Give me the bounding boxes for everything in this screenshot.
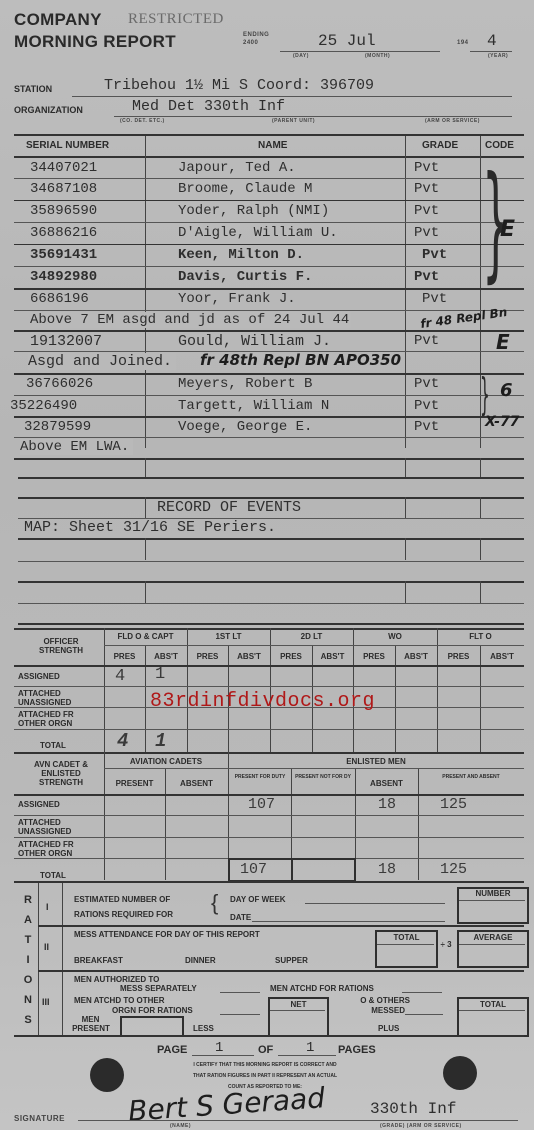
others-label: O & OTHERS bbox=[340, 996, 410, 1005]
rations-number-label: NUMBER bbox=[459, 889, 527, 898]
men-present-box[interactable] bbox=[120, 1016, 184, 1037]
form-title-company: COMPANY bbox=[14, 10, 102, 30]
subhead-pres: PRES bbox=[104, 652, 145, 661]
table-row: 6686196 Yoor, Frank J. Pvt bbox=[18, 289, 528, 311]
rations-section-2: II bbox=[44, 942, 49, 952]
year-caption: (YEAR) bbox=[488, 53, 508, 59]
subhead-present-not-for-duty: PRESENT NOT FOR DY bbox=[293, 774, 353, 781]
col-name: NAME bbox=[258, 140, 287, 151]
rations-letter: S bbox=[20, 1010, 36, 1030]
day-caption: (DAY) bbox=[293, 53, 309, 59]
serial-number: 35896590 bbox=[30, 203, 97, 219]
rations-letter: N bbox=[20, 990, 36, 1010]
orgn-for-rations-label: ORGN FOR RATIONS bbox=[112, 1006, 193, 1015]
officer-assigned-fld-pres: 4 bbox=[115, 667, 125, 686]
men-atchd-rations-label: MEN ATCHD FOR RATIONS bbox=[270, 984, 374, 993]
restricted-stamp: RESTRICTED bbox=[128, 11, 224, 28]
officer-group-2d-lt: 2D LT bbox=[270, 632, 353, 641]
soldier-name: D'Aigle, William U. bbox=[178, 225, 338, 241]
organization-value: Med Det 330th Inf bbox=[132, 98, 285, 115]
mess-separately-label: MESS SEPARATELY bbox=[120, 984, 197, 993]
remark-assigned-joined: Above 7 EM asgd and jd as of 24 Jul 44 bbox=[30, 312, 351, 328]
grade: Pvt bbox=[422, 247, 447, 263]
soldier-name: Davis, Curtis F. bbox=[178, 269, 312, 285]
rations-required-label: RATIONS REQUIRED FOR bbox=[74, 910, 173, 919]
code-lwa-top: 6 bbox=[500, 380, 513, 401]
grade: Pvt bbox=[414, 376, 439, 392]
officer-total-fld-pres: 4 bbox=[117, 730, 128, 752]
ending-label: ENDING 2400 bbox=[243, 31, 273, 47]
grade: Pvt bbox=[414, 419, 439, 435]
row-label-assigned: ASSIGNED bbox=[18, 800, 60, 809]
form-title-morning-report: MORNING REPORT bbox=[14, 32, 176, 52]
grade: Pvt bbox=[414, 225, 439, 241]
subhead-abst: ABS'T bbox=[312, 652, 353, 661]
officer-strength-title: OFFICER STRENGTH bbox=[22, 637, 100, 655]
organization-label: ORGANIZATION bbox=[14, 105, 83, 115]
net-label: NET bbox=[270, 1000, 327, 1009]
remark-asgd-joined: Asgd and Joined. bbox=[28, 353, 176, 370]
men-authorized-label: MEN AUTHORIZED TO bbox=[74, 975, 159, 984]
serial-number: 34407021 bbox=[30, 160, 97, 176]
page-number: 1 bbox=[215, 1040, 223, 1056]
record-of-events-title: RECORD OF EVENTS bbox=[157, 499, 301, 516]
divide-by-three: ÷ 3 bbox=[438, 938, 454, 952]
of-label: OF bbox=[258, 1044, 273, 1056]
caption-name: (NAME) bbox=[170, 1123, 191, 1129]
group-enlisted-men: ENLISTED MEN bbox=[228, 757, 524, 766]
row-label-total: TOTAL bbox=[40, 741, 66, 750]
page-label: PAGE bbox=[157, 1044, 187, 1056]
serial-number: 34687108 bbox=[30, 181, 97, 197]
serial-number: 36886216 bbox=[30, 225, 97, 241]
report-date: 25 Jul bbox=[318, 32, 376, 50]
caption-grade: (GRADE) (ARM OR SERVICE) bbox=[380, 1123, 462, 1129]
binder-hole-right-icon bbox=[443, 1056, 477, 1090]
em-total-present-and-absent: 125 bbox=[440, 861, 467, 878]
station-value: Tribehou 1½ Mi S Coord: 396709 bbox=[104, 77, 374, 94]
table-row: 36766026 Meyers, Robert B Pvt bbox=[18, 374, 528, 396]
men-atchd-other-label: MEN ATCHD TO OTHER bbox=[74, 996, 165, 1005]
subhead-cadet-present: PRESENT bbox=[104, 779, 165, 788]
rations-section-1: I bbox=[46, 902, 49, 912]
men-label: MEN bbox=[68, 1016, 113, 1024]
rations-date-label: DATE bbox=[230, 913, 251, 922]
table-row: 36886216 D'Aigle, William U. Pvt bbox=[18, 223, 528, 245]
mess-attendance-title: MESS ATTENDANCE FOR DAY OF THIS REPORT bbox=[74, 930, 260, 939]
officer-group-fld: FLD O & CAPT bbox=[104, 632, 187, 641]
row-label-assigned: ASSIGNED bbox=[18, 672, 60, 681]
subhead-em-absent: ABSENT bbox=[355, 779, 418, 788]
officer-group-1st-lt: 1ST LT bbox=[187, 632, 270, 641]
caption-arm: (ARM OR SERVICE) bbox=[425, 118, 480, 124]
rations-letter: I bbox=[20, 950, 36, 970]
page-total: 1 bbox=[306, 1040, 314, 1056]
rations-letter: O bbox=[20, 970, 36, 990]
grade: Pvt bbox=[414, 269, 439, 285]
soldier-name: Yoor, Frank J. bbox=[178, 291, 296, 307]
group-aviation-cadets: AVIATION CADETS bbox=[104, 757, 228, 766]
rations-side-label: R A T I O N S bbox=[20, 890, 36, 1030]
caption-parent: (PARENT UNIT) bbox=[272, 118, 315, 124]
present-label: PRESENT bbox=[66, 1024, 116, 1033]
row-label-attached-unassigned: ATTACHED UNASSIGNED bbox=[18, 689, 98, 707]
morning-report-page: COMPANY RESTRICTED MORNING REPORT ENDING… bbox=[0, 0, 534, 1130]
signature-label: SIGNATURE bbox=[14, 1114, 65, 1123]
em-assigned-present-for-duty: 107 bbox=[248, 796, 275, 813]
signature-unit: 330th Inf bbox=[370, 1100, 456, 1118]
subhead-cadet-absent: ABSENT bbox=[165, 779, 228, 788]
table-row: 34407021 Japour, Ted A. Pvt bbox=[18, 158, 528, 180]
em-total-absent: 18 bbox=[378, 861, 396, 878]
row-label-total: TOTAL bbox=[40, 871, 66, 880]
table-row: 35896590 Yoder, Ralph (NMI) Pvt bbox=[18, 201, 528, 223]
officer-group-wo: WO bbox=[353, 632, 437, 641]
events-map-line: MAP: Sheet 31/16 SE Periers. bbox=[24, 519, 276, 536]
supper-label: SUPPER bbox=[275, 956, 308, 965]
code-lwa-bottom: X-77 bbox=[485, 414, 519, 430]
rations-section-3: III bbox=[42, 997, 50, 1007]
rations-day-of-week-label: DAY OF WEEK bbox=[230, 895, 286, 904]
soldier-name: Targett, William N bbox=[178, 398, 329, 414]
em-assigned-present-and-absent: 125 bbox=[440, 796, 467, 813]
em-assigned-absent: 18 bbox=[378, 796, 396, 813]
serial-number: 35226490 bbox=[10, 398, 77, 414]
mess-average-label: AVERAGE bbox=[459, 933, 527, 942]
col-grade: GRADE bbox=[422, 140, 458, 151]
soldier-name: Broome, Claude M bbox=[178, 181, 312, 197]
grade: Pvt bbox=[422, 291, 447, 307]
row-label-attached-other: ATTACHED FR OTHER ORGN bbox=[18, 710, 98, 728]
grade: Pvt bbox=[414, 203, 439, 219]
officer-total-fld-abst: 1 bbox=[155, 730, 166, 752]
soldier-name: Meyers, Robert B bbox=[178, 376, 312, 392]
breakfast-label: BREAKFAST bbox=[74, 956, 123, 965]
code-gould: E bbox=[496, 330, 510, 354]
serial-number: 32879599 bbox=[24, 419, 91, 435]
code-group-1: E bbox=[500, 217, 515, 242]
caption-co: (CO. DET. ETC.) bbox=[120, 118, 165, 124]
soldier-name: Japour, Ted A. bbox=[178, 160, 296, 176]
subhead-pres: PRES bbox=[353, 652, 395, 661]
table-row: 34687108 Broome, Claude M Pvt bbox=[18, 179, 528, 201]
subhead-pres: PRES bbox=[437, 652, 480, 661]
rations-total-label: TOTAL bbox=[459, 1000, 527, 1009]
subhead-pres: PRES bbox=[270, 652, 312, 661]
officer-group-flt-o: FLT O bbox=[437, 632, 524, 641]
subhead-abst: ABS'T bbox=[395, 652, 437, 661]
table-row: 34892980 Davis, Curtis F. Pvt bbox=[18, 267, 528, 289]
officer-assigned-fld-abst: 1 bbox=[155, 665, 165, 684]
pages-label: PAGES bbox=[338, 1044, 376, 1056]
table-row: 35226490 Targett, William N Pvt bbox=[18, 396, 528, 418]
enlisted-strength-title: AVN CADET & ENLISTED STRENGTH bbox=[22, 760, 100, 787]
certify-line-2: THAT RATION FIGURES IN PART II REPRESENT… bbox=[140, 1073, 390, 1079]
subhead-abst: ABS'T bbox=[228, 652, 270, 661]
row-label-attached-unassigned: ATTACHED UNASSIGNED bbox=[18, 818, 98, 836]
watermark: 83rdinfdivdocs.org bbox=[150, 690, 375, 713]
year-prefix: 194 bbox=[457, 40, 469, 46]
row-label-attached-other: ATTACHED FR OTHER ORGN bbox=[18, 840, 98, 858]
soldier-name: Keen, Milton D. bbox=[178, 247, 304, 263]
serial-number: 34892980 bbox=[30, 269, 97, 285]
brace-icon: { bbox=[211, 890, 218, 916]
table-row: 32879599 Voege, George E. Pvt bbox=[18, 417, 528, 439]
certify-line-1: I CERTIFY THAT THIS MORNING REPORT IS CO… bbox=[140, 1062, 390, 1068]
serial-number: 19132007 bbox=[30, 333, 102, 350]
subhead-abst: ABS'T bbox=[145, 652, 187, 661]
rations-estimated-label: ESTIMATED NUMBER OF bbox=[74, 895, 170, 904]
grade: Pvt bbox=[414, 160, 439, 176]
plus-label: PLUS bbox=[378, 1024, 399, 1033]
soldier-name: Voege, George E. bbox=[178, 419, 312, 435]
subhead-present-and-absent: PRESENT AND ABSENT bbox=[420, 774, 522, 781]
subhead-pres: PRES bbox=[187, 652, 228, 661]
remark-lwa: Above EM LWA. bbox=[20, 439, 133, 455]
month-caption: (MONTH) bbox=[365, 53, 390, 59]
grade: Pvt bbox=[414, 181, 439, 197]
serial-number: 36766026 bbox=[26, 376, 93, 392]
rations-letter: R bbox=[20, 890, 36, 910]
soldier-name: Yoder, Ralph (NMI) bbox=[178, 203, 329, 219]
report-year: 4 bbox=[487, 32, 497, 50]
serial-number: 35691431 bbox=[30, 247, 97, 263]
grade: Pvt bbox=[414, 333, 439, 349]
messed-label: MESSED bbox=[340, 1006, 405, 1015]
serial-number: 6686196 bbox=[30, 291, 89, 307]
grade: Pvt bbox=[414, 398, 439, 414]
binder-hole-left-icon bbox=[90, 1058, 124, 1092]
rations-letter: A bbox=[20, 910, 36, 930]
rations-letter: T bbox=[20, 930, 36, 950]
mess-total-label: TOTAL bbox=[377, 933, 436, 942]
handwritten-remark-2: fr 48th Repl BN APO350 bbox=[200, 351, 401, 369]
em-total-present-for-duty: 107 bbox=[240, 861, 267, 878]
soldier-name: Gould, William J. bbox=[178, 333, 331, 350]
dinner-label: DINNER bbox=[185, 956, 216, 965]
subhead-present-for-duty: PRESENT FOR DUTY bbox=[230, 774, 290, 781]
less-label: LESS bbox=[193, 1024, 214, 1033]
code-bracket-lwa-icon: } bbox=[480, 373, 490, 417]
station-label: STATION bbox=[14, 84, 52, 94]
col-serial-number: SERIAL NUMBER bbox=[26, 140, 109, 151]
subhead-abst: ABS'T bbox=[480, 652, 524, 661]
table-row: 19132007 Gould, William J. Pvt bbox=[18, 331, 528, 353]
table-row: 35691431 Keen, Milton D. Pvt bbox=[18, 245, 528, 267]
